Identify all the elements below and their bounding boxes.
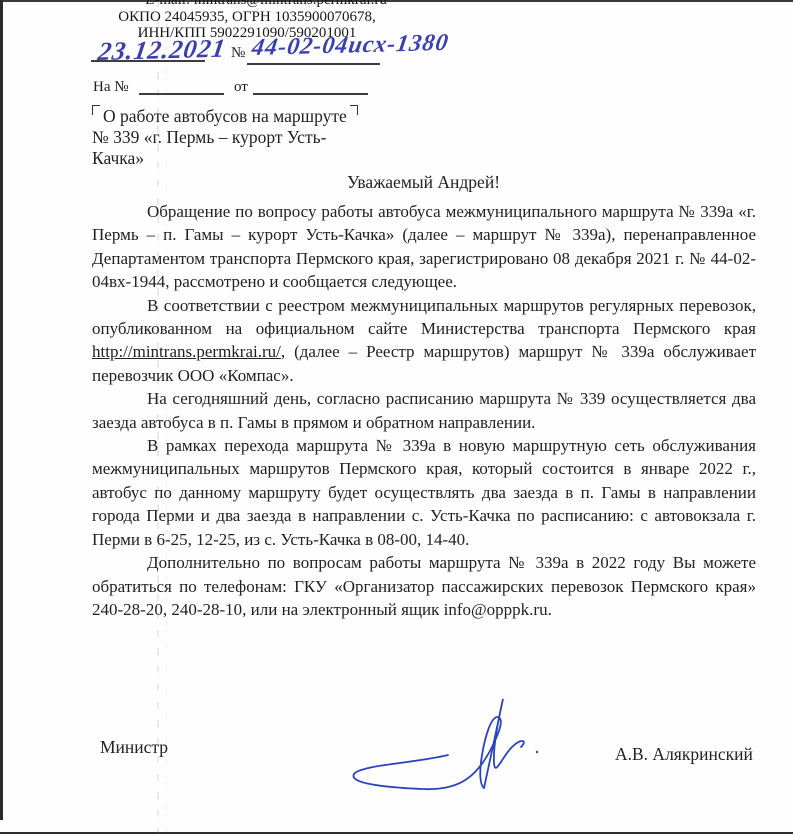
corner-mark-right	[350, 105, 358, 115]
paragraph-5: Дополнительно по вопросам работы маршрут…	[92, 551, 756, 621]
handwritten-date: 23.12.2021	[96, 34, 228, 67]
number-underline	[247, 63, 380, 65]
letterhead-okpo-ogrn: ОКПО 24045935, ОГРН 1035900070678,	[22, 9, 472, 26]
paragraph-2: В соответствии с реестром межмуниципальн…	[92, 294, 756, 388]
subject-line-1-text: О работе автобусов на маршруте	[103, 106, 347, 126]
subject-line-3: Качка»	[92, 148, 422, 169]
date-underline	[91, 60, 205, 62]
mintrans-link[interactable]: http://mintrans.permkrai.ru/	[92, 342, 281, 361]
letter-body: Обращение по вопросу работы автобуса меж…	[92, 200, 756, 621]
minister-title: Министр	[100, 737, 168, 758]
signature	[330, 693, 595, 808]
letter-page: E-mail: mintrans@mintrans.permkrai.ru ОК…	[0, 0, 793, 834]
handwritten-outgoing-number: 44-02-04исх-1380	[250, 30, 451, 62]
reply-number-underline	[139, 93, 224, 95]
corner-mark-left	[92, 105, 100, 115]
salutation: Уважаемый Андрей!	[92, 172, 755, 193]
paragraph-1: Обращение по вопросу работы автобуса меж…	[92, 200, 756, 294]
subject-line-1: О работе автобусов на маршруте	[92, 105, 422, 127]
subject-line-2: № 339 «г. Пермь – курорт Усть-	[92, 127, 422, 148]
subject-block: О работе автобусов на маршруте № 339 «г.…	[92, 105, 422, 169]
reply-number-label: На №	[93, 79, 129, 96]
letterhead-email: E-mail: mintrans@mintrans.permkrai.ru	[22, 0, 472, 9]
paragraph-4: В рамках перехода маршрута № 339а в нову…	[92, 434, 756, 551]
minister-name: А.В. Алякринский	[615, 744, 753, 765]
paragraph-2-before: В соответствии с реестром межмуниципальн…	[92, 296, 756, 338]
scan-edge-left	[0, 0, 3, 820]
number-sign-label: №	[231, 45, 245, 62]
reply-from-underline	[253, 93, 368, 95]
reply-from-label: от	[234, 79, 248, 96]
paragraph-3: На сегодняшний день, согласно расписанию…	[92, 387, 756, 434]
